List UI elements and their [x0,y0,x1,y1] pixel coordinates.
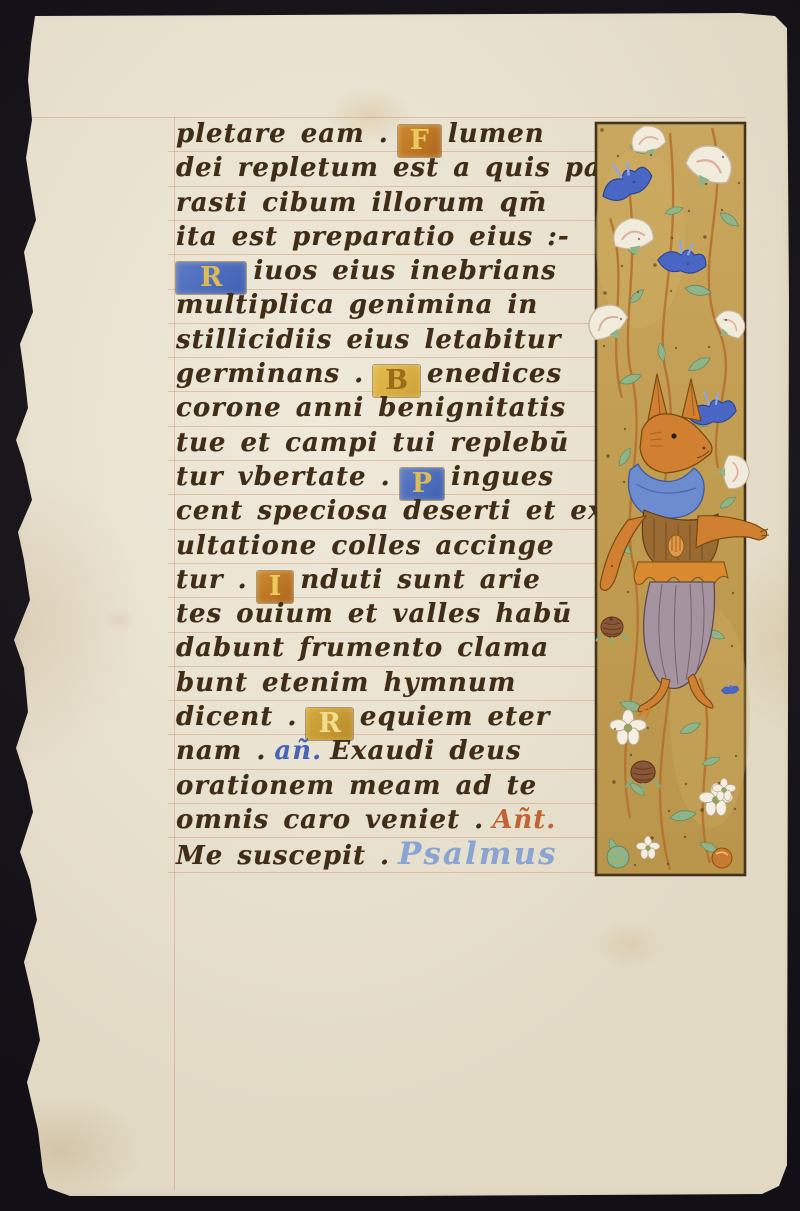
script-text: stillicidiis eius letabitur [176,325,561,355]
script-text: ita est preparatio eius :- [176,222,570,252]
script-text: tur vbertate . [176,462,391,492]
script-text: ingues [451,462,554,492]
script-text: corone anni benignitatis [176,393,566,423]
manuscript-line: pletare eam .Flumen [176,117,606,151]
green-seed-ball [607,846,629,868]
vertical-ruling [174,117,175,1190]
rubric: Psalmus [398,836,557,872]
script-text: equiem eter [360,702,550,732]
manuscript-line: bunt etenim hymnum [176,666,606,700]
manuscript-line: Me suscepit .Psalmus [176,837,606,871]
manuscript-line: stillicidiis eius letabitur [176,323,606,357]
script-text: enedices [427,359,562,389]
script-text: omnis caro veniet . [176,805,484,835]
script-text: dei repletum est a quis pa [176,153,602,183]
manuscript-line: tur vbertate .Pingues [176,460,606,494]
script-text: germinans . [176,359,364,389]
script-text: Me suscepit . [176,841,390,871]
manuscript-line: orationem meam ad te [176,769,606,803]
manuscript-line: dabunt frumento clama [176,631,606,665]
manuscript-line: nam .añ.Exaudi deus [176,734,606,768]
manuscript-line: ita est preparatio eius :- [176,220,606,254]
script-text: tur . [176,565,248,595]
script-text: ultatione colles accinge [176,531,555,561]
manuscript-line: dei repletum est a quis pa [176,151,606,185]
text-block: pletare eam .Flumendei repletum est a qu… [176,117,606,872]
photo-background: { "artifact": { "kind": "illuminated man… [0,0,800,1211]
rubric: añ. [274,736,322,766]
script-text: bunt etenim hymnum [176,668,516,698]
script-text: nam . [176,736,266,766]
decorated-border [570,118,800,880]
script-text: nduti sunt arie [300,565,540,595]
script-text: pletare eam . [176,119,389,149]
manuscript-line: ultatione colles accinge [176,529,606,563]
orange-seed-ball [712,848,732,868]
script-text: multiplica genimina in [176,290,538,320]
script-text: tes ouium et valles habū [176,599,572,629]
script-text: lumen [448,119,545,149]
script-text: orationem meam ad te [176,771,537,801]
script-text: iuos eius inebrians [253,256,556,286]
script-text: Exaudi deus [330,736,521,766]
manuscript-line: tue et campi tui replebū [176,426,606,460]
manuscript-line: cent speciosa deserti et ex [176,494,606,528]
script-text: dabunt frumento clama [176,633,549,663]
creature-eye [671,433,676,438]
manuscript-line: tes ouium et valles habū [176,597,606,631]
rubric: Añt. [492,805,556,835]
manuscript-line: multiplica genimina in [176,288,606,322]
manuscript-leaf: pletare eam .Flumendei repletum est a qu… [0,0,800,1211]
manuscript-line: corone anni benignitatis [176,391,606,425]
manuscript-line: germinans .Benedices [176,357,606,391]
manuscript-line: dicent .Requiem eter [176,700,606,734]
script-text: cent speciosa deserti et ex [176,496,604,526]
manuscript-line: rasti cibum illorum qm̄ [176,186,606,220]
manuscript-line: Riuos eius inebrians [176,254,606,288]
manuscript-line: omnis caro veniet .Añt. [176,803,606,837]
script-text: rasti cibum illorum qm̄ [176,188,547,218]
script-text: tue et campi tui replebū [176,428,569,458]
script-text: dicent . [176,702,297,732]
manuscript-line: tur .Induti sunt arie [176,563,606,597]
